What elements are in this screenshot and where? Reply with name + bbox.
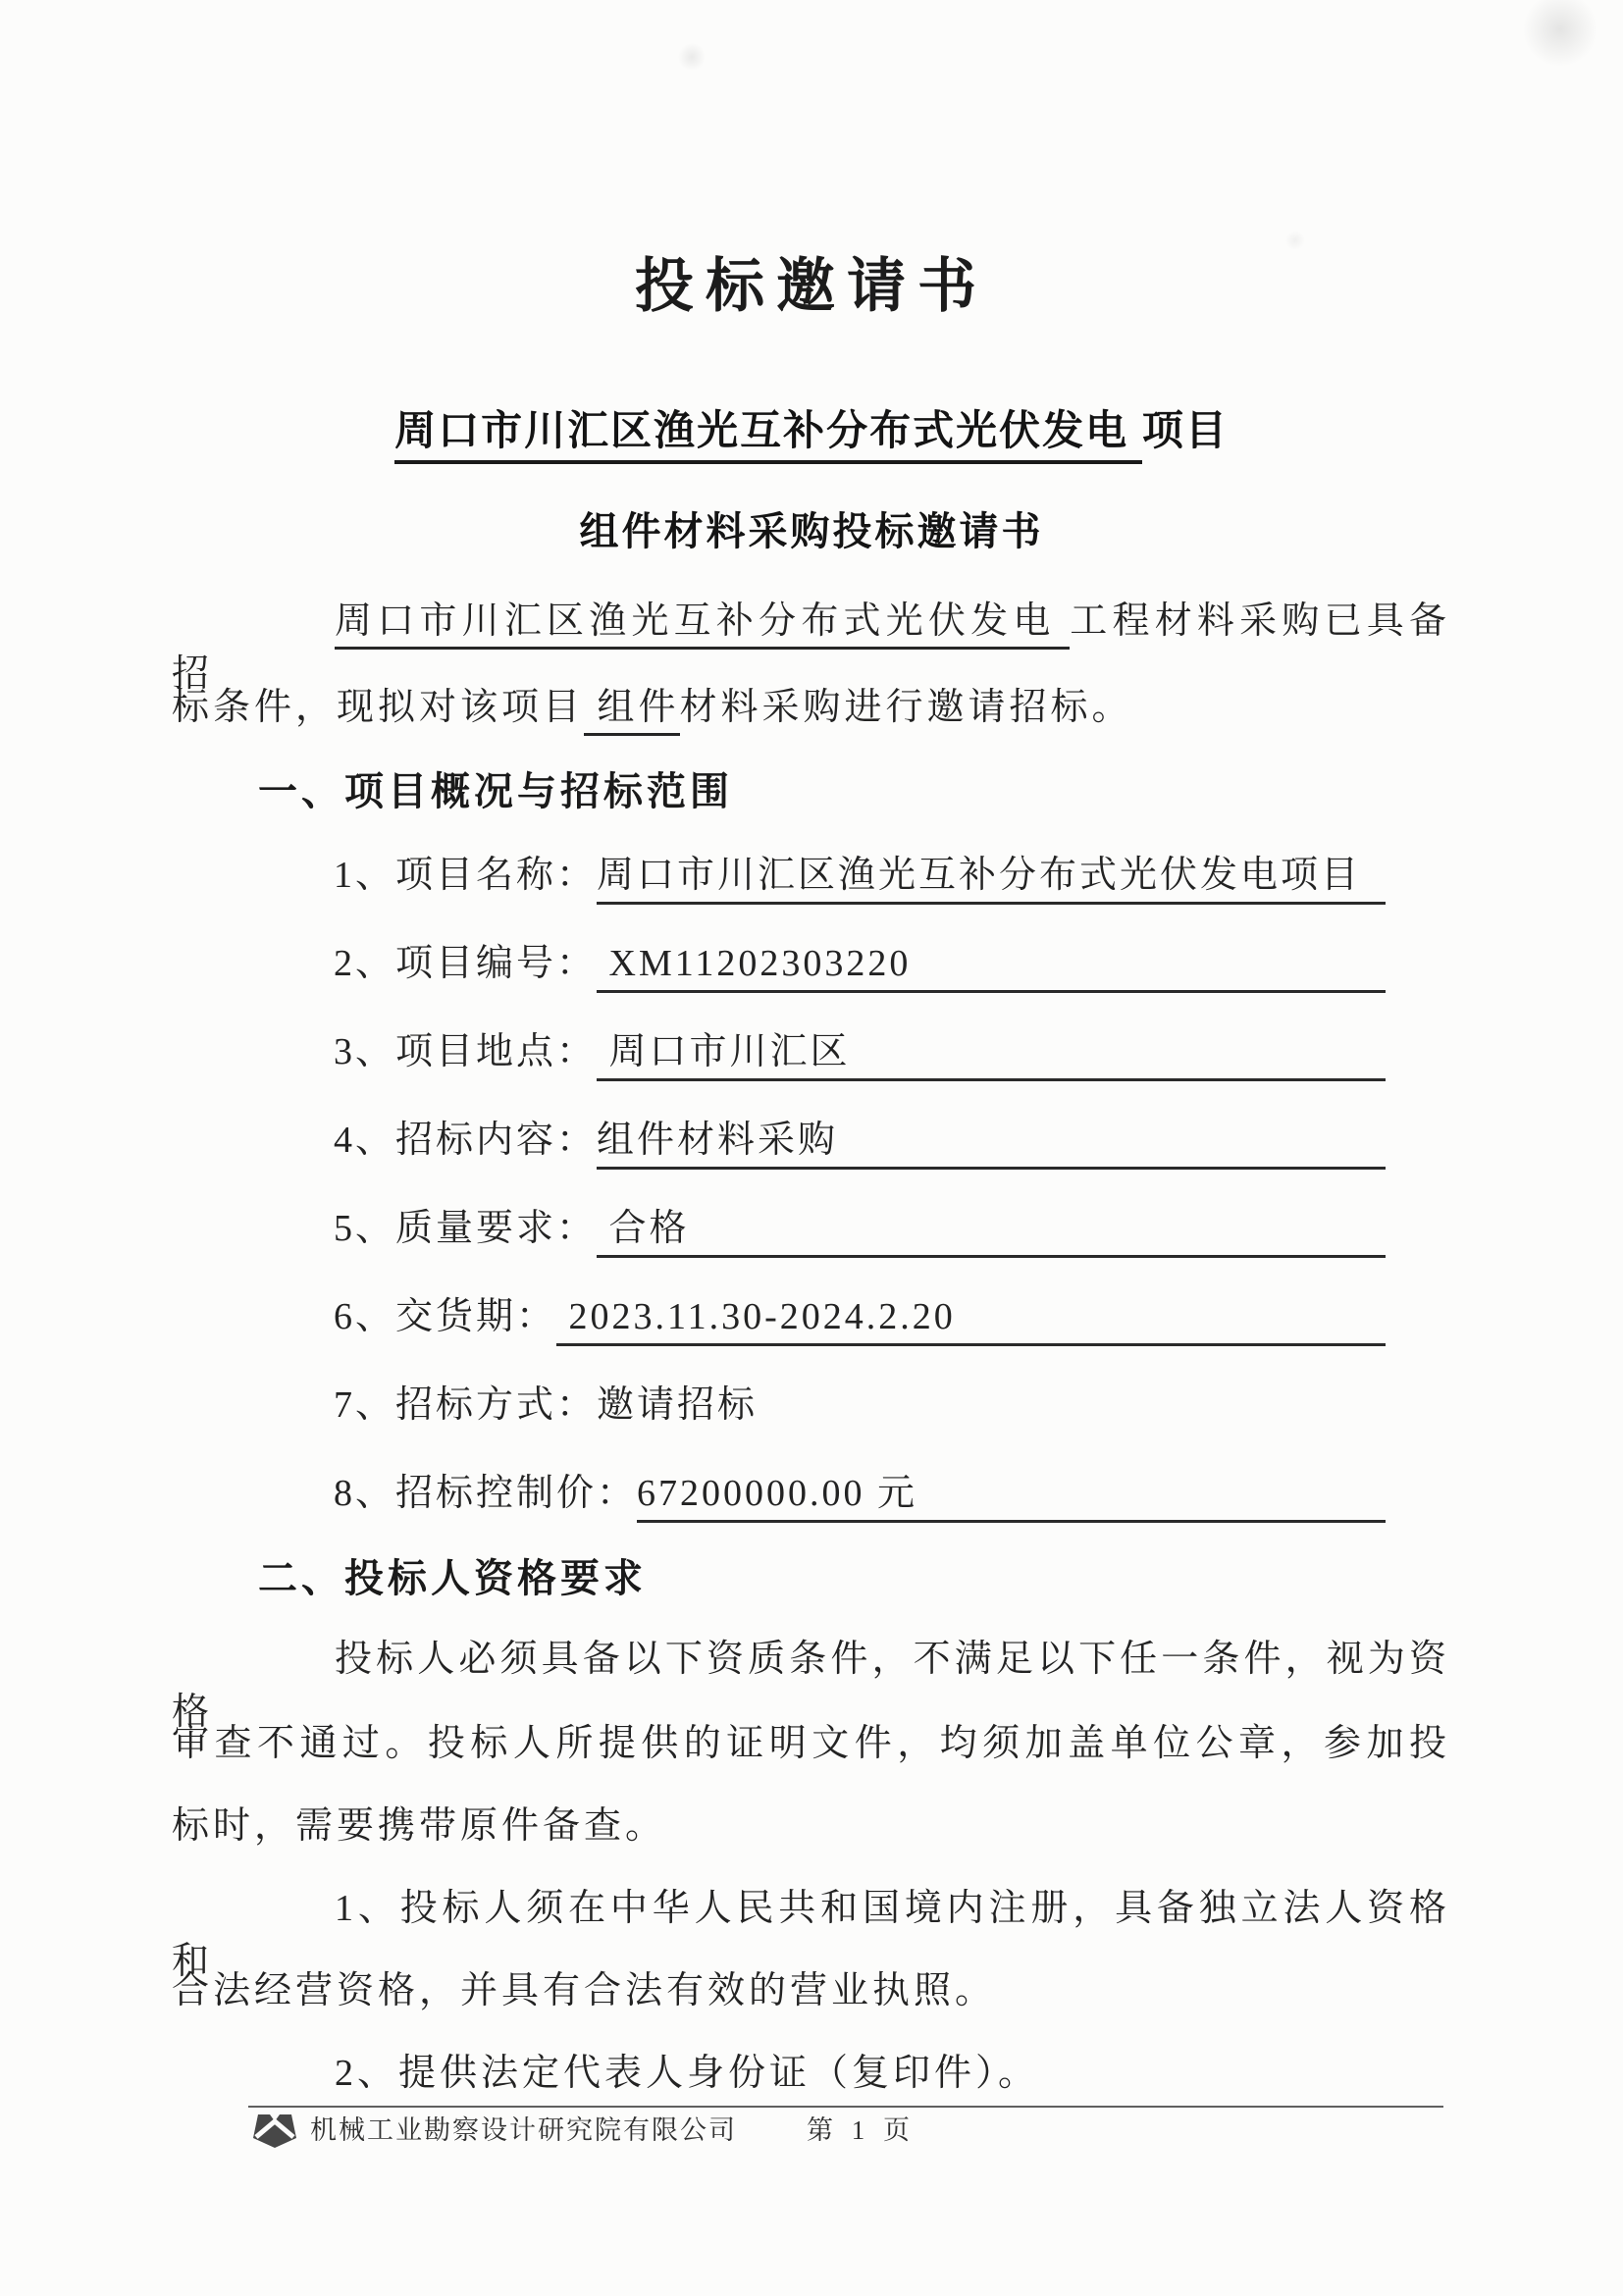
item-value: 周口市川汇区渔光互补分布式光伏发电项目 <box>597 848 1361 905</box>
item-value: 组件材料采购 <box>597 1113 838 1170</box>
item-label: 7、招标方式： <box>334 1378 597 1435</box>
list-item-bid-method: 7、招标方式：邀请招标 <box>334 1378 1386 1435</box>
item-label: 3、项目地点： <box>334 1024 597 1081</box>
intro-paragraph-line-2: 标条件，现拟对该项目 组件材料采购进行邀请招标。 <box>172 681 1450 734</box>
item-label: 6、交货期： <box>334 1289 556 1346</box>
item-underline-fill <box>911 936 1386 993</box>
item-value: 合格 <box>597 1201 690 1258</box>
item-value: 2023.11.30-2024.2.20 <box>556 1289 956 1346</box>
page-footer: 机械工业勘察设计研究院有限公司 第 1 页 <box>253 2112 1446 2151</box>
item-underline-fill <box>838 1113 1386 1170</box>
item-underline-fill <box>851 1024 1386 1081</box>
item-label: 4、招标内容： <box>334 1113 597 1170</box>
footer-divider <box>248 2106 1443 2108</box>
project-subtitle: 周口市川汇区渔光互补分布式光伏发电 项目 <box>0 398 1623 457</box>
item-value: XM11202303220 <box>597 936 911 993</box>
project-name-underlined: 周口市川汇区渔光互补分布式光伏发电 <box>394 407 1142 464</box>
list-item-bid-control-price: 8、招标控制价：67200000.00 元 <box>334 1466 1386 1523</box>
item-label: 5、质量要求： <box>334 1201 597 1258</box>
item-value: 邀请招标 <box>597 1378 758 1435</box>
item-underline-fill <box>1361 848 1386 905</box>
company-mountain-logo-icon <box>253 2114 296 2148</box>
document-title: 投标邀请书 <box>0 239 1623 324</box>
qualification-item-1-line-2: 合法经营资格，并具有合法有效的营业执照。 <box>172 1964 1450 2017</box>
footer-page-number: 第 1 页 <box>807 2112 916 2149</box>
document-page: 投标邀请书 周口市川汇区渔光互补分布式光伏发电 项目 组件材料采购投标邀请书 周… <box>0 0 1623 2296</box>
section-2-heading: 二、投标人资格要求 <box>258 1552 1436 1605</box>
item-label: 1、项目名称： <box>334 848 597 905</box>
footer-company-name: 机械工业勘察设计研究院有限公司 <box>310 2112 737 2149</box>
item-underline-fill <box>956 1289 1386 1346</box>
item-underline-fill <box>917 1466 1386 1523</box>
item-underline-fill <box>690 1201 1386 1258</box>
qualification-paragraph-line-2: 审查不通过。投标人所提供的证明文件，均须加盖单位公章，参加投 <box>172 1717 1450 1770</box>
intro-segment: 标条件，现拟对该项目 <box>172 687 584 728</box>
list-item-delivery-period: 6、交货期： 2023.11.30-2024.2.20 <box>334 1289 1386 1346</box>
list-item-project-location: 3、项目地点： 周口市川汇区 <box>334 1024 1386 1081</box>
intro-segment: 材料采购进行邀请招标。 <box>680 687 1133 728</box>
project-subtitle-suffix: 项目 <box>1142 407 1229 453</box>
qualification-item-2: 2、提供法定代表人身份证（复印件）。 <box>172 2047 1450 2100</box>
item-value: 67200000.00 元 <box>637 1466 917 1523</box>
section-1-heading: 一、项目概况与招标范围 <box>258 765 1436 818</box>
item-label: 8、招标控制价： <box>334 1466 637 1523</box>
list-item-quality-requirement: 5、质量要求： 合格 <box>334 1201 1386 1258</box>
intro-underlined-segment: 周口市川汇区渔光互补分布式光伏发电 <box>335 600 1070 650</box>
intro-underlined-segment: 组件 <box>584 687 680 736</box>
list-item-project-number: 2、项目编号： XM11202303220 <box>334 936 1386 993</box>
qualification-paragraph-line-3: 标时，需要携带原件备查。 <box>172 1800 1450 1852</box>
item-value: 周口市川汇区 <box>597 1024 851 1081</box>
document-subtitle: 组件材料采购投标邀请书 <box>0 500 1623 556</box>
list-item-bid-content: 4、招标内容：组件材料采购 <box>334 1113 1386 1170</box>
item-label: 2、项目编号： <box>334 936 597 993</box>
list-item-project-name: 1、项目名称：周口市川汇区渔光互补分布式光伏发电项目 <box>334 848 1386 905</box>
